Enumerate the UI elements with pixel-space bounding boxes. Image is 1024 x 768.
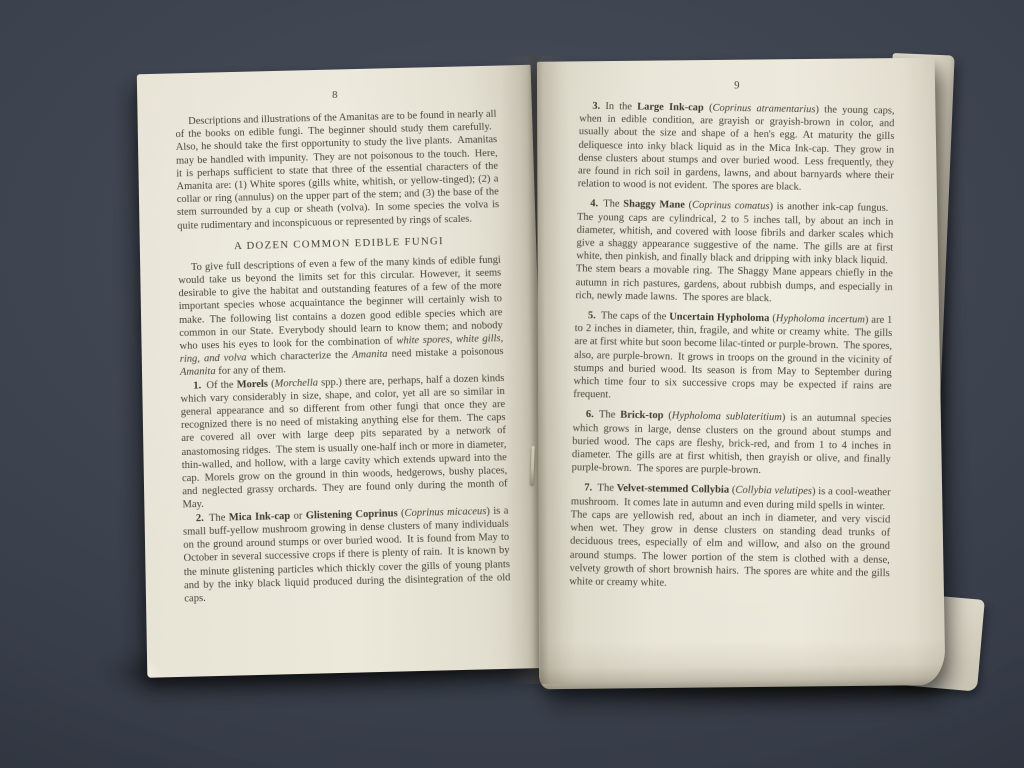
paragraph: 1. Of the Morels (Morchella spp.) there … bbox=[180, 372, 508, 512]
paragraph: 4. The Shaggy Mane (Coprinus comatus) is… bbox=[575, 197, 893, 307]
left-page-content: 8 Descriptions and illustrations of the … bbox=[137, 65, 550, 678]
photo-scene: 8 Descriptions and illustrations of the … bbox=[0, 0, 1024, 768]
right-page: 9 3. In the Large Ink-cap (Coprinus atra… bbox=[537, 58, 946, 690]
section-heading: A DOZEN COMMON EDIBLE FUNGI bbox=[178, 234, 501, 254]
page-number-left: 8 bbox=[175, 85, 496, 105]
paragraph: Descriptions and illustrations of the Am… bbox=[175, 108, 500, 233]
paragraph: 2. The Mica Ink-cap or Glistening Coprin… bbox=[183, 504, 511, 606]
left-page-text: Descriptions and illustrations of the Am… bbox=[175, 108, 511, 606]
left-page: 8 Descriptions and illustrations of the … bbox=[137, 65, 550, 678]
paragraph: 5. The caps of the Uncertain Hypholoma (… bbox=[573, 309, 892, 406]
paragraph: To give full descriptions of even a few … bbox=[178, 253, 504, 379]
right-page-content: 9 3. In the Large Ink-cap (Coprinus atra… bbox=[537, 59, 935, 689]
paragraph: 7. The Velvet-stemmed Collybia (Collybia… bbox=[569, 482, 891, 594]
right-page-text: 3. In the Large Ink-cap (Coprinus atrame… bbox=[569, 100, 894, 594]
page-number-right: 9 bbox=[580, 77, 895, 94]
paragraph: 6. The Brick-top (Hypholoma sublateritiu… bbox=[572, 408, 892, 479]
paragraph: 3. In the Large Ink-cap (Coprinus atrame… bbox=[578, 100, 895, 196]
